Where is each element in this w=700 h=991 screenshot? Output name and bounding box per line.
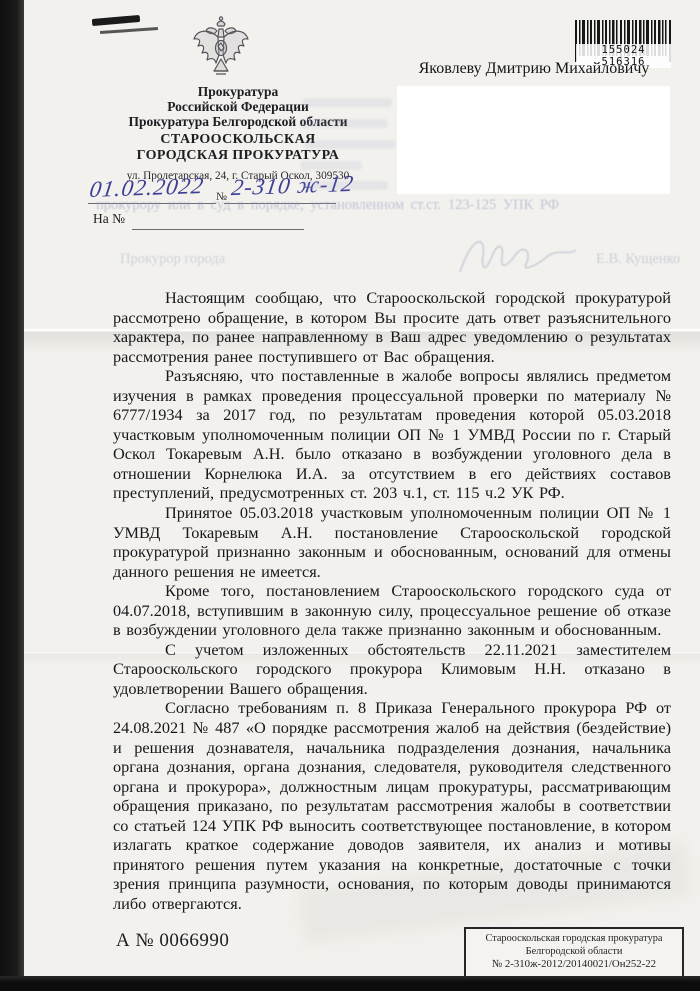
body-paragraph: С учетом изложенных обстоятельств 22.11.… (113, 640, 671, 699)
bleedthrough-fragment (304, 140, 396, 149)
stamp-line-3: № 2-310ж-2012/20140021/Он252-22 (469, 958, 679, 972)
redaction-box (398, 87, 669, 193)
body-paragraph: Настоящим сообщаю, что Старооскольской г… (113, 288, 671, 366)
incoming-ref-underline (132, 229, 304, 230)
org-line-1: Прокуратура (86, 84, 390, 99)
body-paragraph: Кроме того, постановлением Старооскольск… (113, 581, 671, 640)
scan-edge-bottom (0, 976, 700, 991)
body-paragraph: Принятое 05.03.2018 участковым уполномоч… (113, 503, 671, 581)
bleedthrough-fragment (302, 98, 392, 107)
bleedthrough-fragment (300, 119, 388, 128)
bleedthrough-appeal-line: прокурору или в суд в порядке, установле… (96, 197, 670, 214)
scanned-letter: Прокуратура Российской Федерации Прокура… (0, 0, 700, 991)
bleedthrough-fragment (300, 161, 362, 170)
bleedthrough-fragment (302, 181, 388, 190)
coat-of-arms-icon (192, 15, 250, 79)
stamp-line-2: Белгородской области (469, 946, 679, 959)
body-paragraph: Согласно требованиям п. 8 Приказа Генера… (113, 698, 671, 913)
body-paragraph: Разъясняю, что поставленные в жалобе воп… (113, 366, 671, 503)
signature-bleedthrough-icon (452, 226, 582, 288)
scan-edge-left (0, 0, 24, 977)
recipient-name: Яковлеву Дмитрию Михайловичу (396, 60, 672, 78)
letter-body: Настоящим сообщаю, что Старооскольской г… (113, 288, 671, 914)
registration-stamp: Старооскольская городская прокуратура Бе… (464, 927, 684, 978)
bleedthrough-signer-title: Прокурор города (120, 251, 225, 268)
stamp-line-1: Старооскольская городская прокуратура (469, 933, 679, 946)
form-serial-number: А № 0066990 (116, 930, 229, 952)
bleedthrough-signer-name: Е.В. Кущенко (596, 251, 680, 268)
